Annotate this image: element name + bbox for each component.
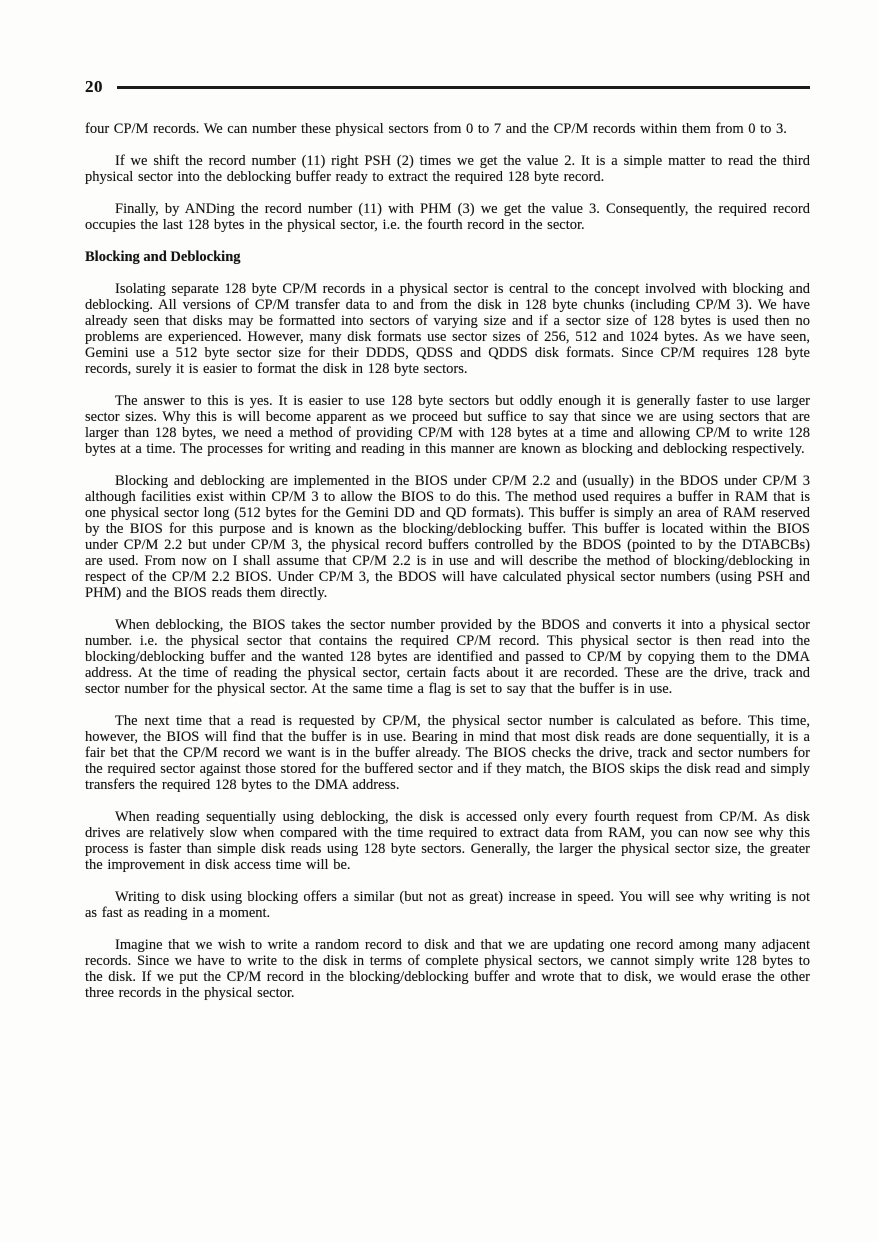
paragraph: Finally, by ANDing the record number (11… [85,201,810,233]
paragraph: Imagine that we wish to write a random r… [85,937,810,1001]
paragraph: Writing to disk using blocking offers a … [85,889,810,921]
page-header: 20 [85,78,810,95]
scanned-page: 20 four CP/M records. We can number thes… [0,0,878,1242]
paragraph: The next time that a read is requested b… [85,713,810,793]
paragraph: If we shift the record number (11) right… [85,153,810,185]
section-heading: Blocking and Deblocking [85,249,810,265]
paragraph: When deblocking, the BIOS takes the sect… [85,617,810,697]
paragraph-continuation: four CP/M records. We can number these p… [85,121,810,137]
page-number: 20 [85,78,103,95]
paragraph: Blocking and deblocking are implemented … [85,473,810,601]
paragraph: When reading sequentially using deblocki… [85,809,810,873]
header-rule [117,86,810,89]
paragraph: Isolating separate 128 byte CP/M records… [85,281,810,377]
page-body: four CP/M records. We can number these p… [85,121,810,1001]
paragraph: The answer to this is yes. It is easier … [85,393,810,457]
